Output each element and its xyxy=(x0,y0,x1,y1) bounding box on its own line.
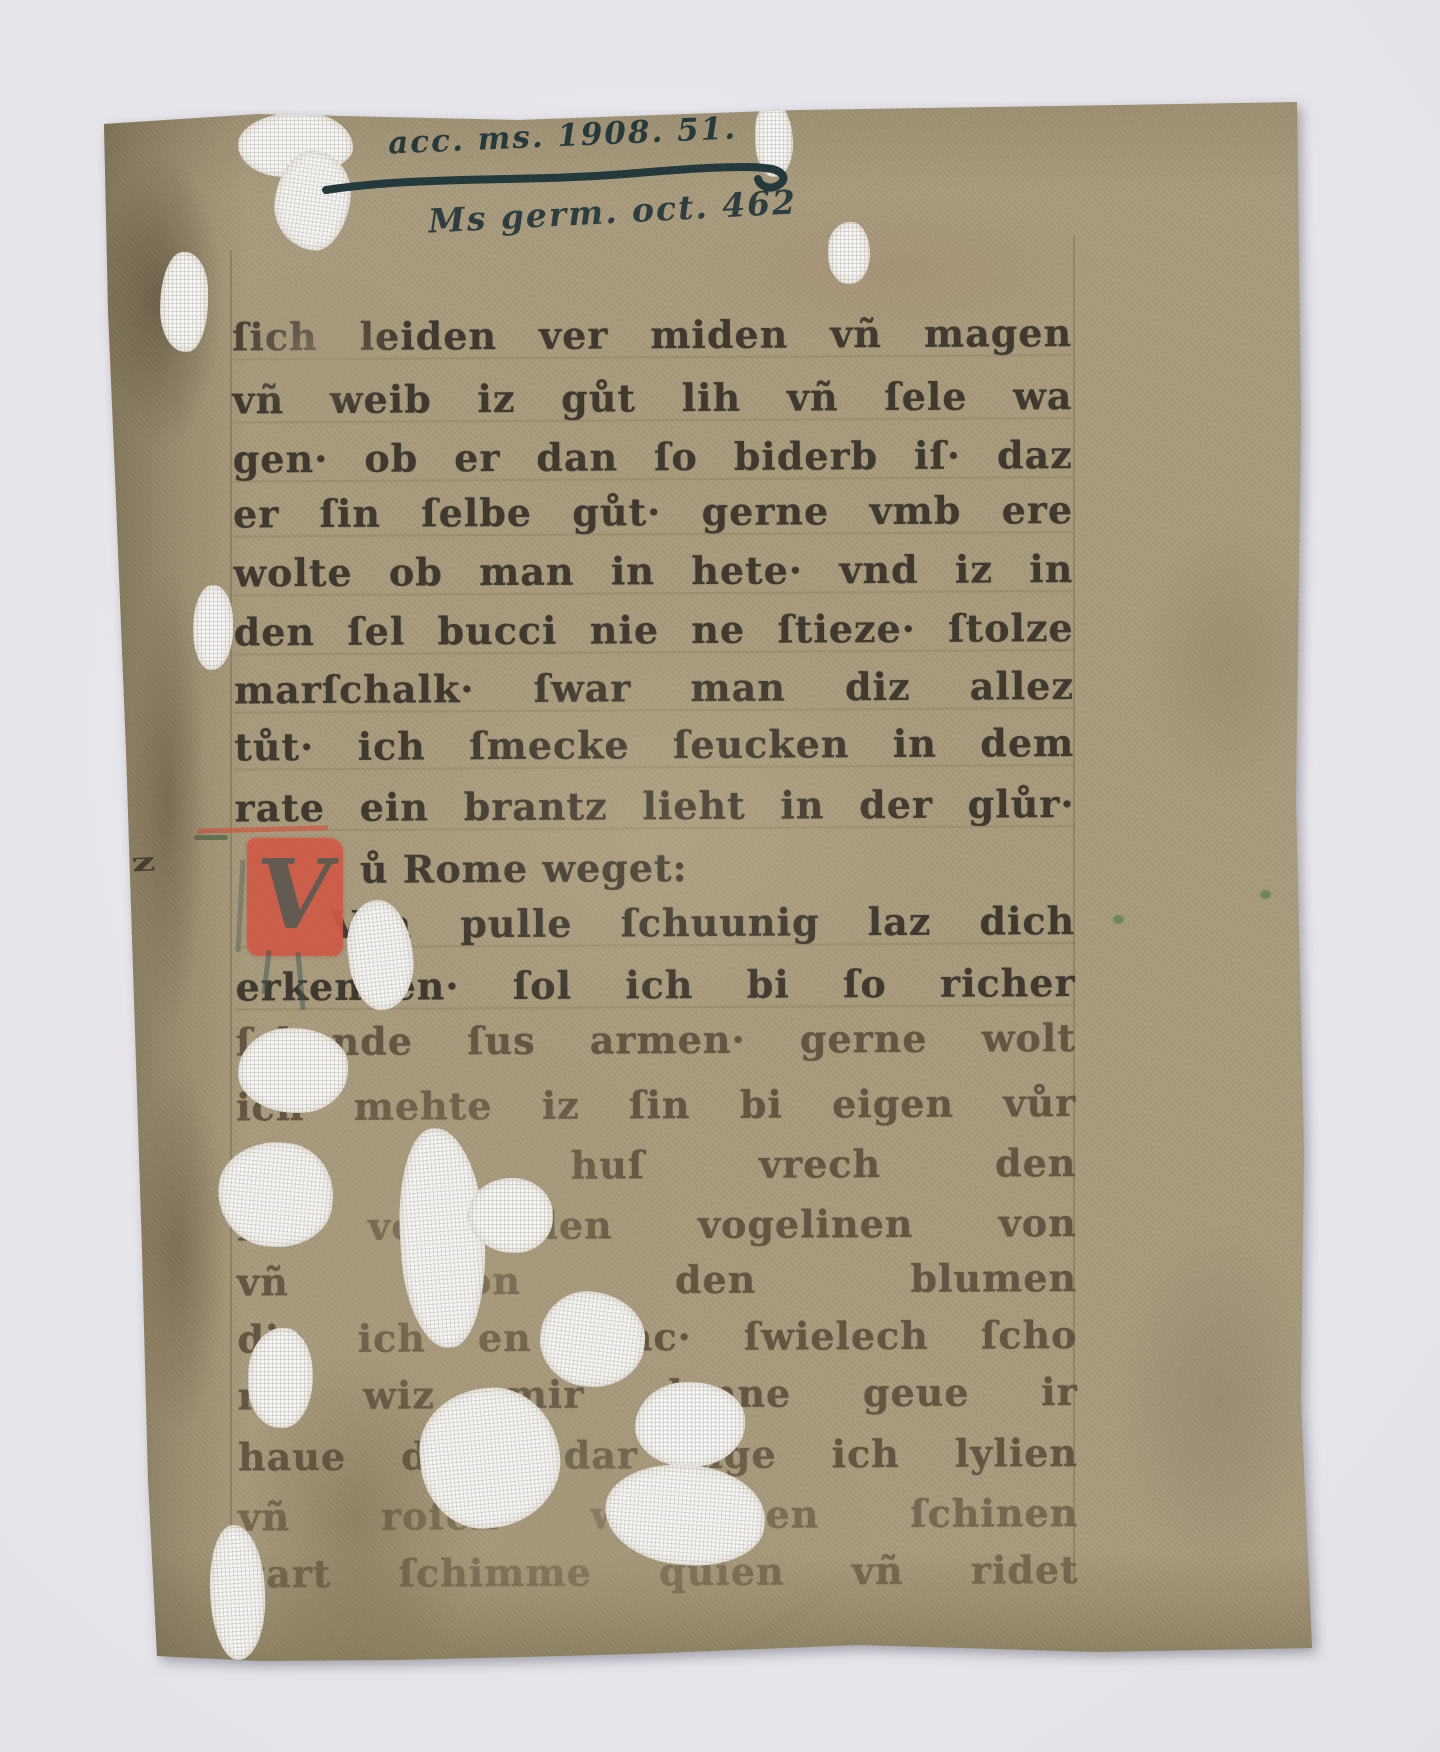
repair-mesh-patch xyxy=(828,222,870,284)
rubric-flourish xyxy=(194,835,228,840)
ink-speck xyxy=(1260,890,1271,899)
text-line: den ſel bucci nie ne ſtieze· ſtolze xyxy=(234,605,1074,659)
text-line: ich mehte iz ſin bi eigen vůr xyxy=(236,1080,1076,1134)
text-line: vñ von den blumen xyxy=(237,1255,1077,1309)
parchment-leaf: ſich leiden ver miden vñ magenvñ weib iz… xyxy=(98,100,1313,1662)
repair-mesh-patch xyxy=(193,585,233,670)
text-line: wolte ob man in hete· vnd iz in xyxy=(233,546,1073,600)
text-line: ſu von den vogelinen von xyxy=(237,1200,1077,1254)
text-line: tůt· ich ſmecke ſeucken in dem xyxy=(234,720,1074,774)
rubric-initial: V xyxy=(247,838,343,956)
text-line: ſchande ſus armen· gerne wolt xyxy=(236,1015,1076,1069)
repair-mesh-patch xyxy=(238,1028,348,1113)
rubric-initial-letter: V xyxy=(239,838,351,951)
text-line: rate ein brantz lieht in der glůr· xyxy=(234,781,1074,835)
text-line: en· zi huſ vrech den xyxy=(236,1140,1076,1194)
text-line: gen· ob er dan ſo biderb iſ· daz xyxy=(233,432,1073,486)
text-line: die ich en lanc· ſwielech ſcho xyxy=(237,1312,1077,1366)
text-line: er ſin ſelbe gůt· gerne vmb ere xyxy=(233,487,1073,541)
scan-background: ſich leiden ver miden vñ magenvñ weib iz… xyxy=(0,0,1440,1752)
text-line: ů Rome weget: xyxy=(360,845,688,897)
text-line: Von pulle ſchuunig laz dich xyxy=(330,898,1075,952)
margin-quire-mark: z xyxy=(130,848,157,879)
text-line: vñ weib iz gůt lih vñ ſele wa xyxy=(232,373,1072,427)
manuscript-page: ſich leiden ver miden vñ magenvñ weib iz… xyxy=(98,100,1313,1662)
ink-speck xyxy=(1113,915,1124,924)
repair-mesh-patch xyxy=(248,1328,313,1428)
repair-mesh-patch xyxy=(468,1178,553,1253)
text-line: marſchalk· ſwar man diz allez xyxy=(234,663,1074,717)
text-line: ſich leiden ver miden vñ magen xyxy=(232,310,1072,364)
repair-mesh-patch xyxy=(160,252,208,352)
repair-mesh-patch xyxy=(635,1382,745,1467)
